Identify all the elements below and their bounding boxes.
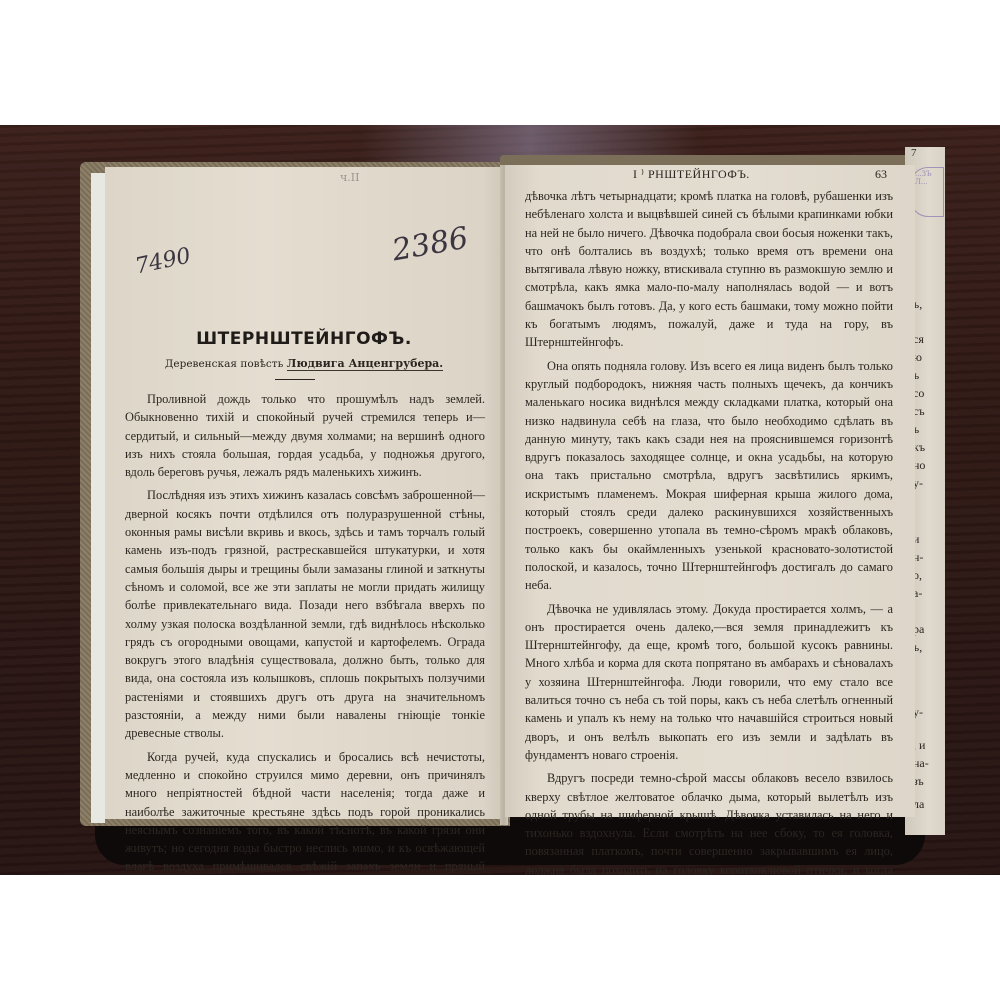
subtitle-prefix: Деревенская повѣсть [165, 358, 287, 370]
faint-mark: ч.II [340, 171, 359, 184]
right-page: I ⁾ РНШТЕЙНГОФЪ. 63 дѣвочка лѣтъ четырна… [505, 165, 915, 817]
left-page: ч.II 7490 2386 ШТЕРНШТЕЙНГОФЪ. Деревенск… [105, 167, 503, 819]
paragraph: Послѣдняя изъ этихъ хижинъ казалась совс… [125, 486, 485, 742]
paragraph: Дѣвочка не удивлялась этому. Докуда прос… [525, 600, 893, 765]
right-page-body: дѣвочка лѣтъ четырнадцати; кромѣ платка … [525, 187, 893, 875]
story-title: ШТЕРНШТЕЙНГОФЪ. [105, 329, 503, 349]
story-subtitle: Деревенская повѣсть Людвига Анценгрубера… [105, 357, 503, 370]
flyleaf-edge [91, 173, 105, 823]
paragraph: Вдругъ посреди темно-сѣрой массы облаков… [525, 769, 893, 875]
running-head: I ⁾ РНШТЕЙНГОФЪ. 63 [505, 167, 915, 183]
book-photo: 7 ...ЗЪ Л... ъ, ся ю ъ со съ ъ къ но у- … [0, 125, 1000, 875]
handwritten-number-right: 2386 [390, 221, 471, 269]
paragraph: дѣвочка лѣтъ четырнадцати; кромѣ платка … [525, 187, 893, 352]
underlying-page-number: 7 [911, 147, 917, 159]
paragraph: Проливной дождь только что прошумѣлъ над… [125, 390, 485, 481]
running-head-title: I ⁾ РНШТЕЙНГОФЪ. [633, 167, 750, 182]
page-number: 63 [875, 167, 887, 182]
subtitle-author: Людвига Анценгрубера. [287, 357, 443, 371]
left-page-body: Проливной дождь только что прошумѣлъ над… [125, 390, 485, 875]
handwritten-number-left: 7490 [133, 243, 193, 279]
paragraph: Когда ручей, куда спускались и бросались… [125, 748, 485, 875]
title-rule [275, 379, 315, 380]
library-stamp-icon: ...ЗЪ Л... [910, 167, 944, 217]
fragment: на- [913, 756, 929, 771]
paragraph: Она опять подняла голову. Изъ всего ея л… [525, 357, 893, 595]
